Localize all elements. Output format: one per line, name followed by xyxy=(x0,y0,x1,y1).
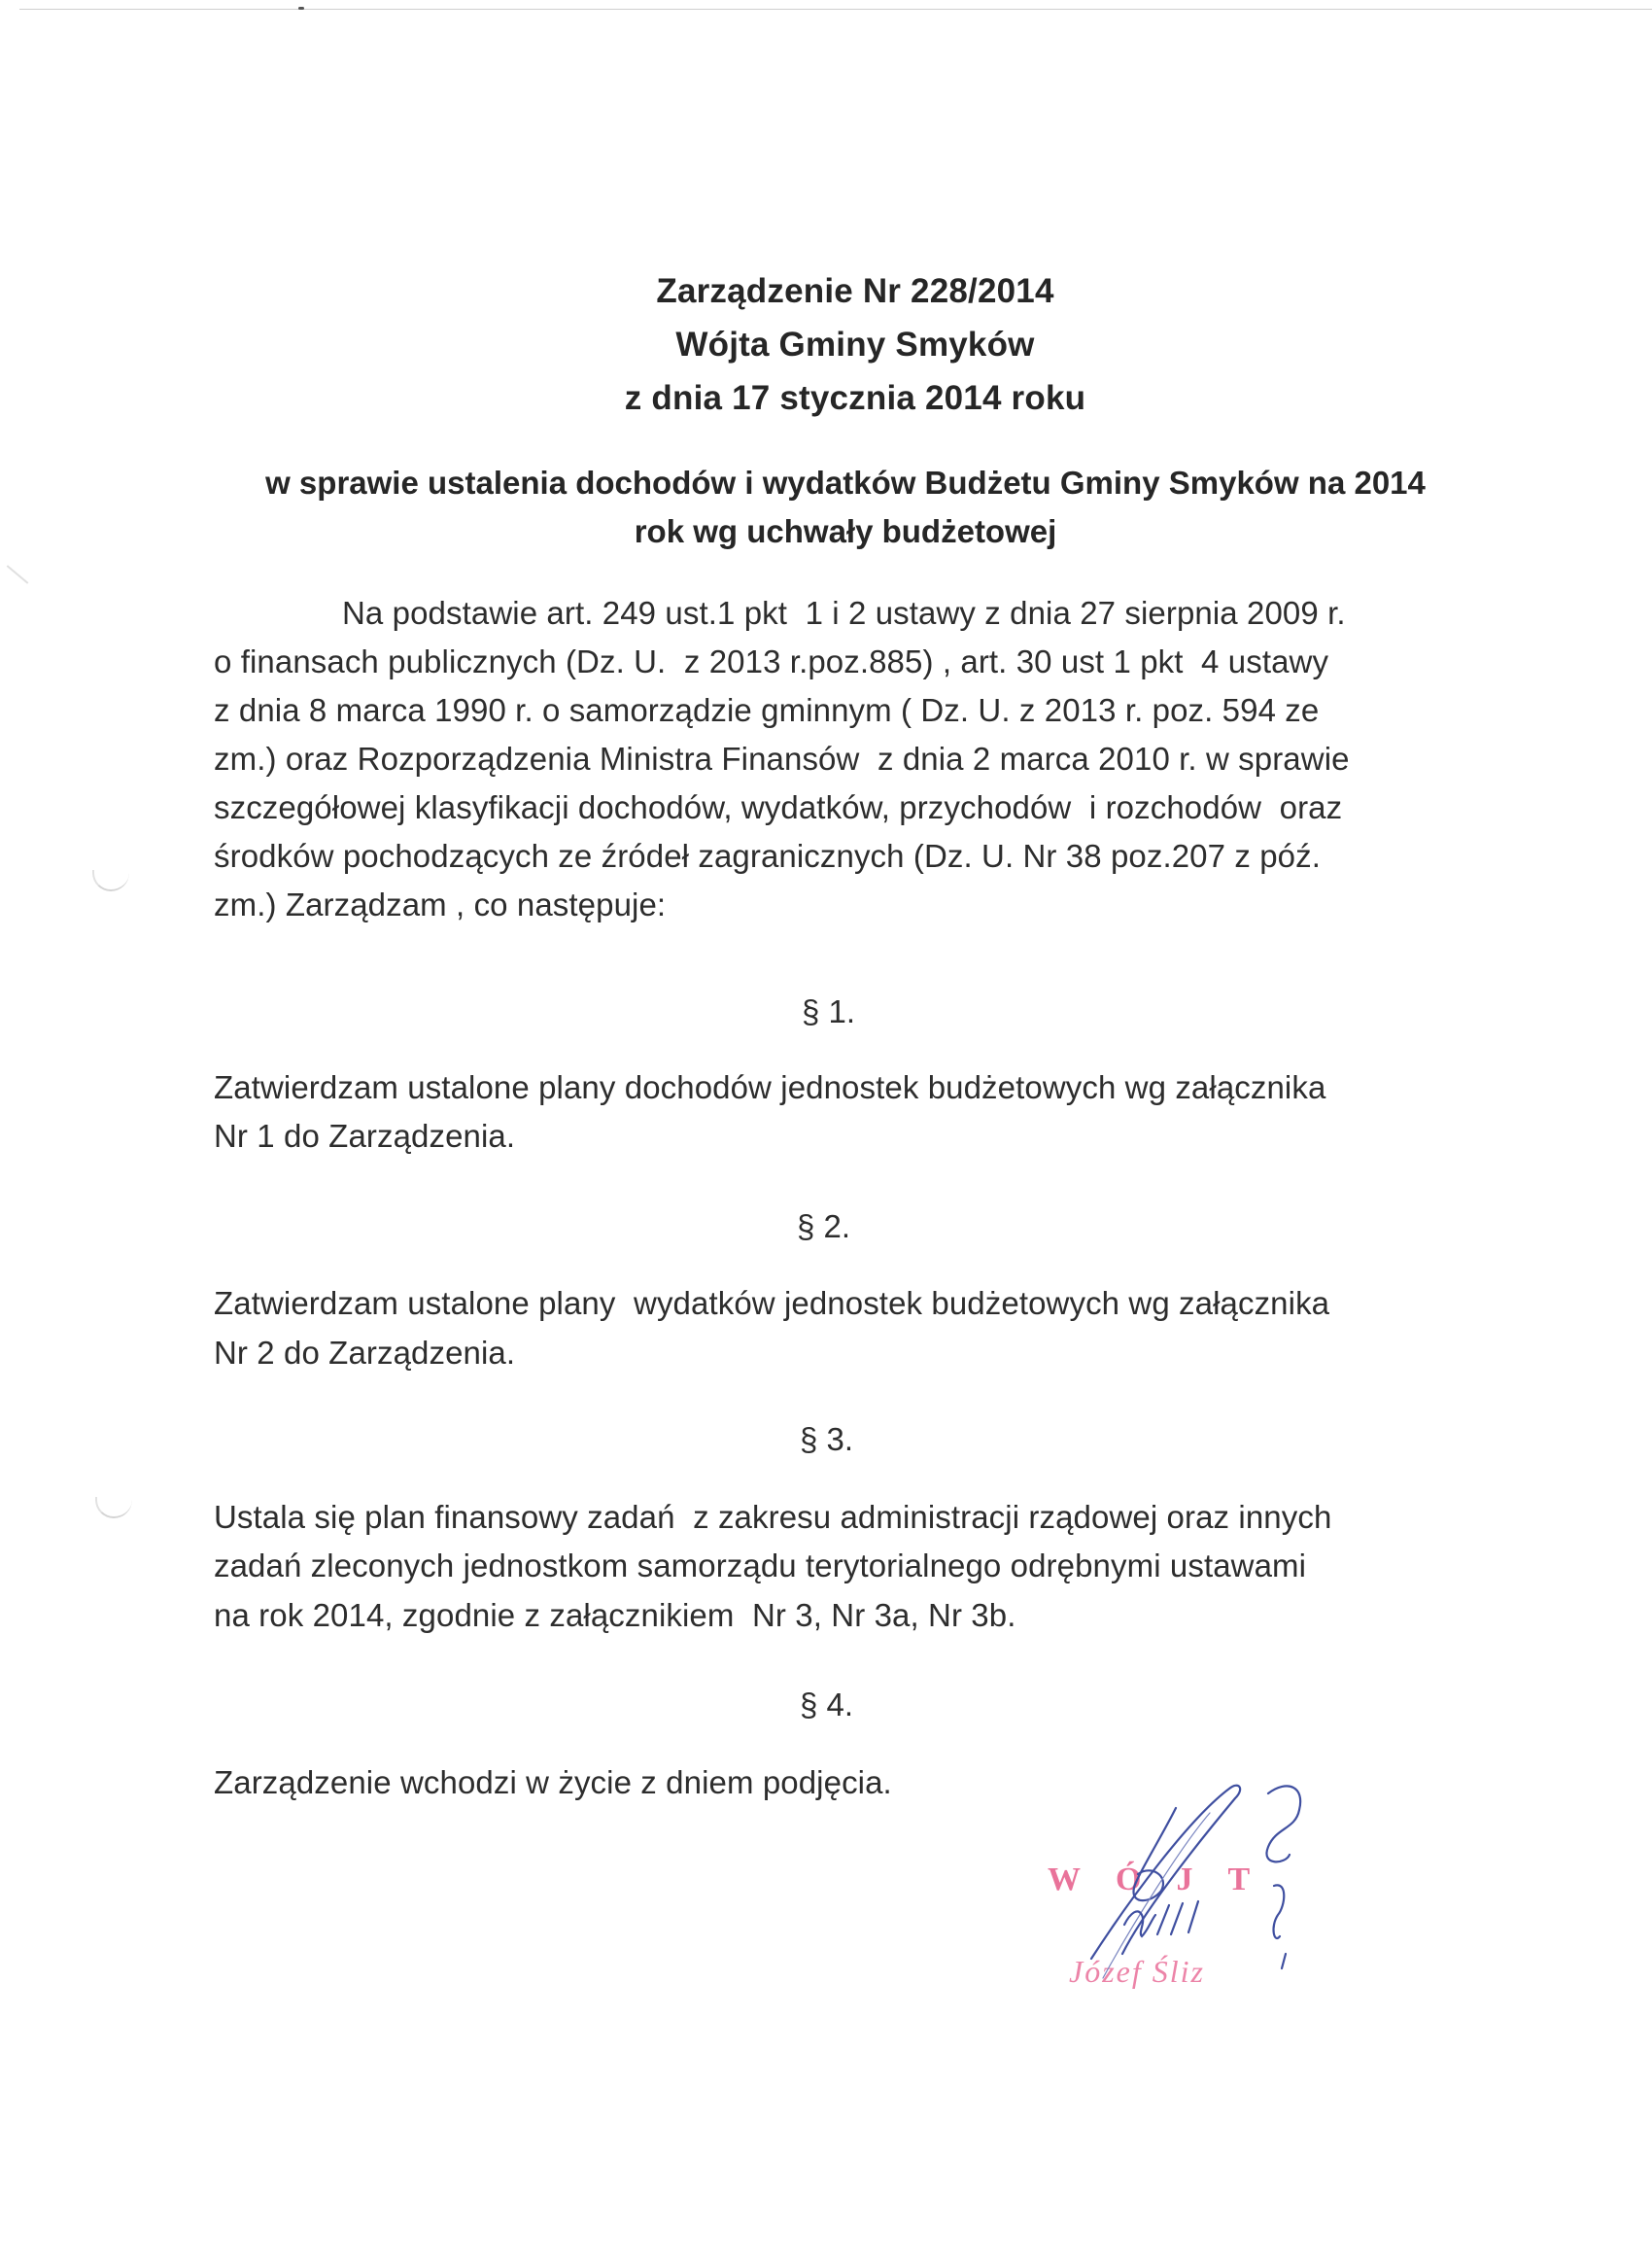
preamble-line: zm.) Zarządzam , co następuje: xyxy=(214,887,666,923)
subject-line-2: rok wg uchwały budżetowej xyxy=(214,513,1477,550)
section-mark: § 3. xyxy=(800,1421,853,1458)
scan-speck xyxy=(298,7,304,10)
section-line: zadań zleconych jednostkom samorządu ter… xyxy=(214,1548,1306,1584)
punch-hole-mark xyxy=(92,870,129,891)
document-title: Zarządzenie Nr 228/2014 xyxy=(0,272,1652,311)
scan-top-edge xyxy=(19,9,1652,10)
preamble-line: środków pochodzących ze źródeł zagranicz… xyxy=(214,838,1321,875)
section-line: Zatwierdzam ustalone plany dochodów jedn… xyxy=(214,1069,1325,1106)
punch-hole-mark xyxy=(95,1497,132,1518)
preamble-line: zm.) oraz Rozporządzenia Ministra Finans… xyxy=(214,741,1350,778)
preamble-line: Na podstawie art. 249 ust.1 pkt 1 i 2 us… xyxy=(342,595,1346,632)
official-stamp: WÓJT Józef Śliz xyxy=(1045,1779,1336,2022)
document-date: z dnia 17 stycznia 2014 roku xyxy=(0,379,1652,418)
subject-line-1: w sprawie ustalenia dochodów i wydatków … xyxy=(214,465,1477,502)
section-line: Zatwierdzam ustalone plany wydatków jedn… xyxy=(214,1285,1329,1322)
section-line: Nr 1 do Zarządzenia. xyxy=(214,1118,515,1155)
document-issuer: Wójta Gminy Smyków xyxy=(0,326,1652,365)
section-line: Zarządzenie wchodzi w życie z dniem podj… xyxy=(214,1764,892,1801)
preamble-line: z dnia 8 marca 1990 r. o samorządzie gmi… xyxy=(214,692,1319,729)
section-mark: § 1. xyxy=(802,993,855,1030)
section-line: Ustala się plan finansowy zadań z zakres… xyxy=(214,1499,1331,1536)
section-line: na rok 2014, zgodnie z załącznikiem Nr 3… xyxy=(214,1597,1015,1634)
signature-icon xyxy=(1045,1759,1336,2002)
section-line: Nr 2 do Zarządzenia. xyxy=(214,1335,515,1372)
scan-mark xyxy=(7,565,29,584)
preamble-line: o finansach publicznych (Dz. U. z 2013 r… xyxy=(214,644,1328,680)
section-mark: § 2. xyxy=(797,1208,850,1245)
preamble-line: szczegółowej klasyfikacji dochodów, wyda… xyxy=(214,789,1342,826)
section-mark: § 4. xyxy=(800,1687,853,1723)
